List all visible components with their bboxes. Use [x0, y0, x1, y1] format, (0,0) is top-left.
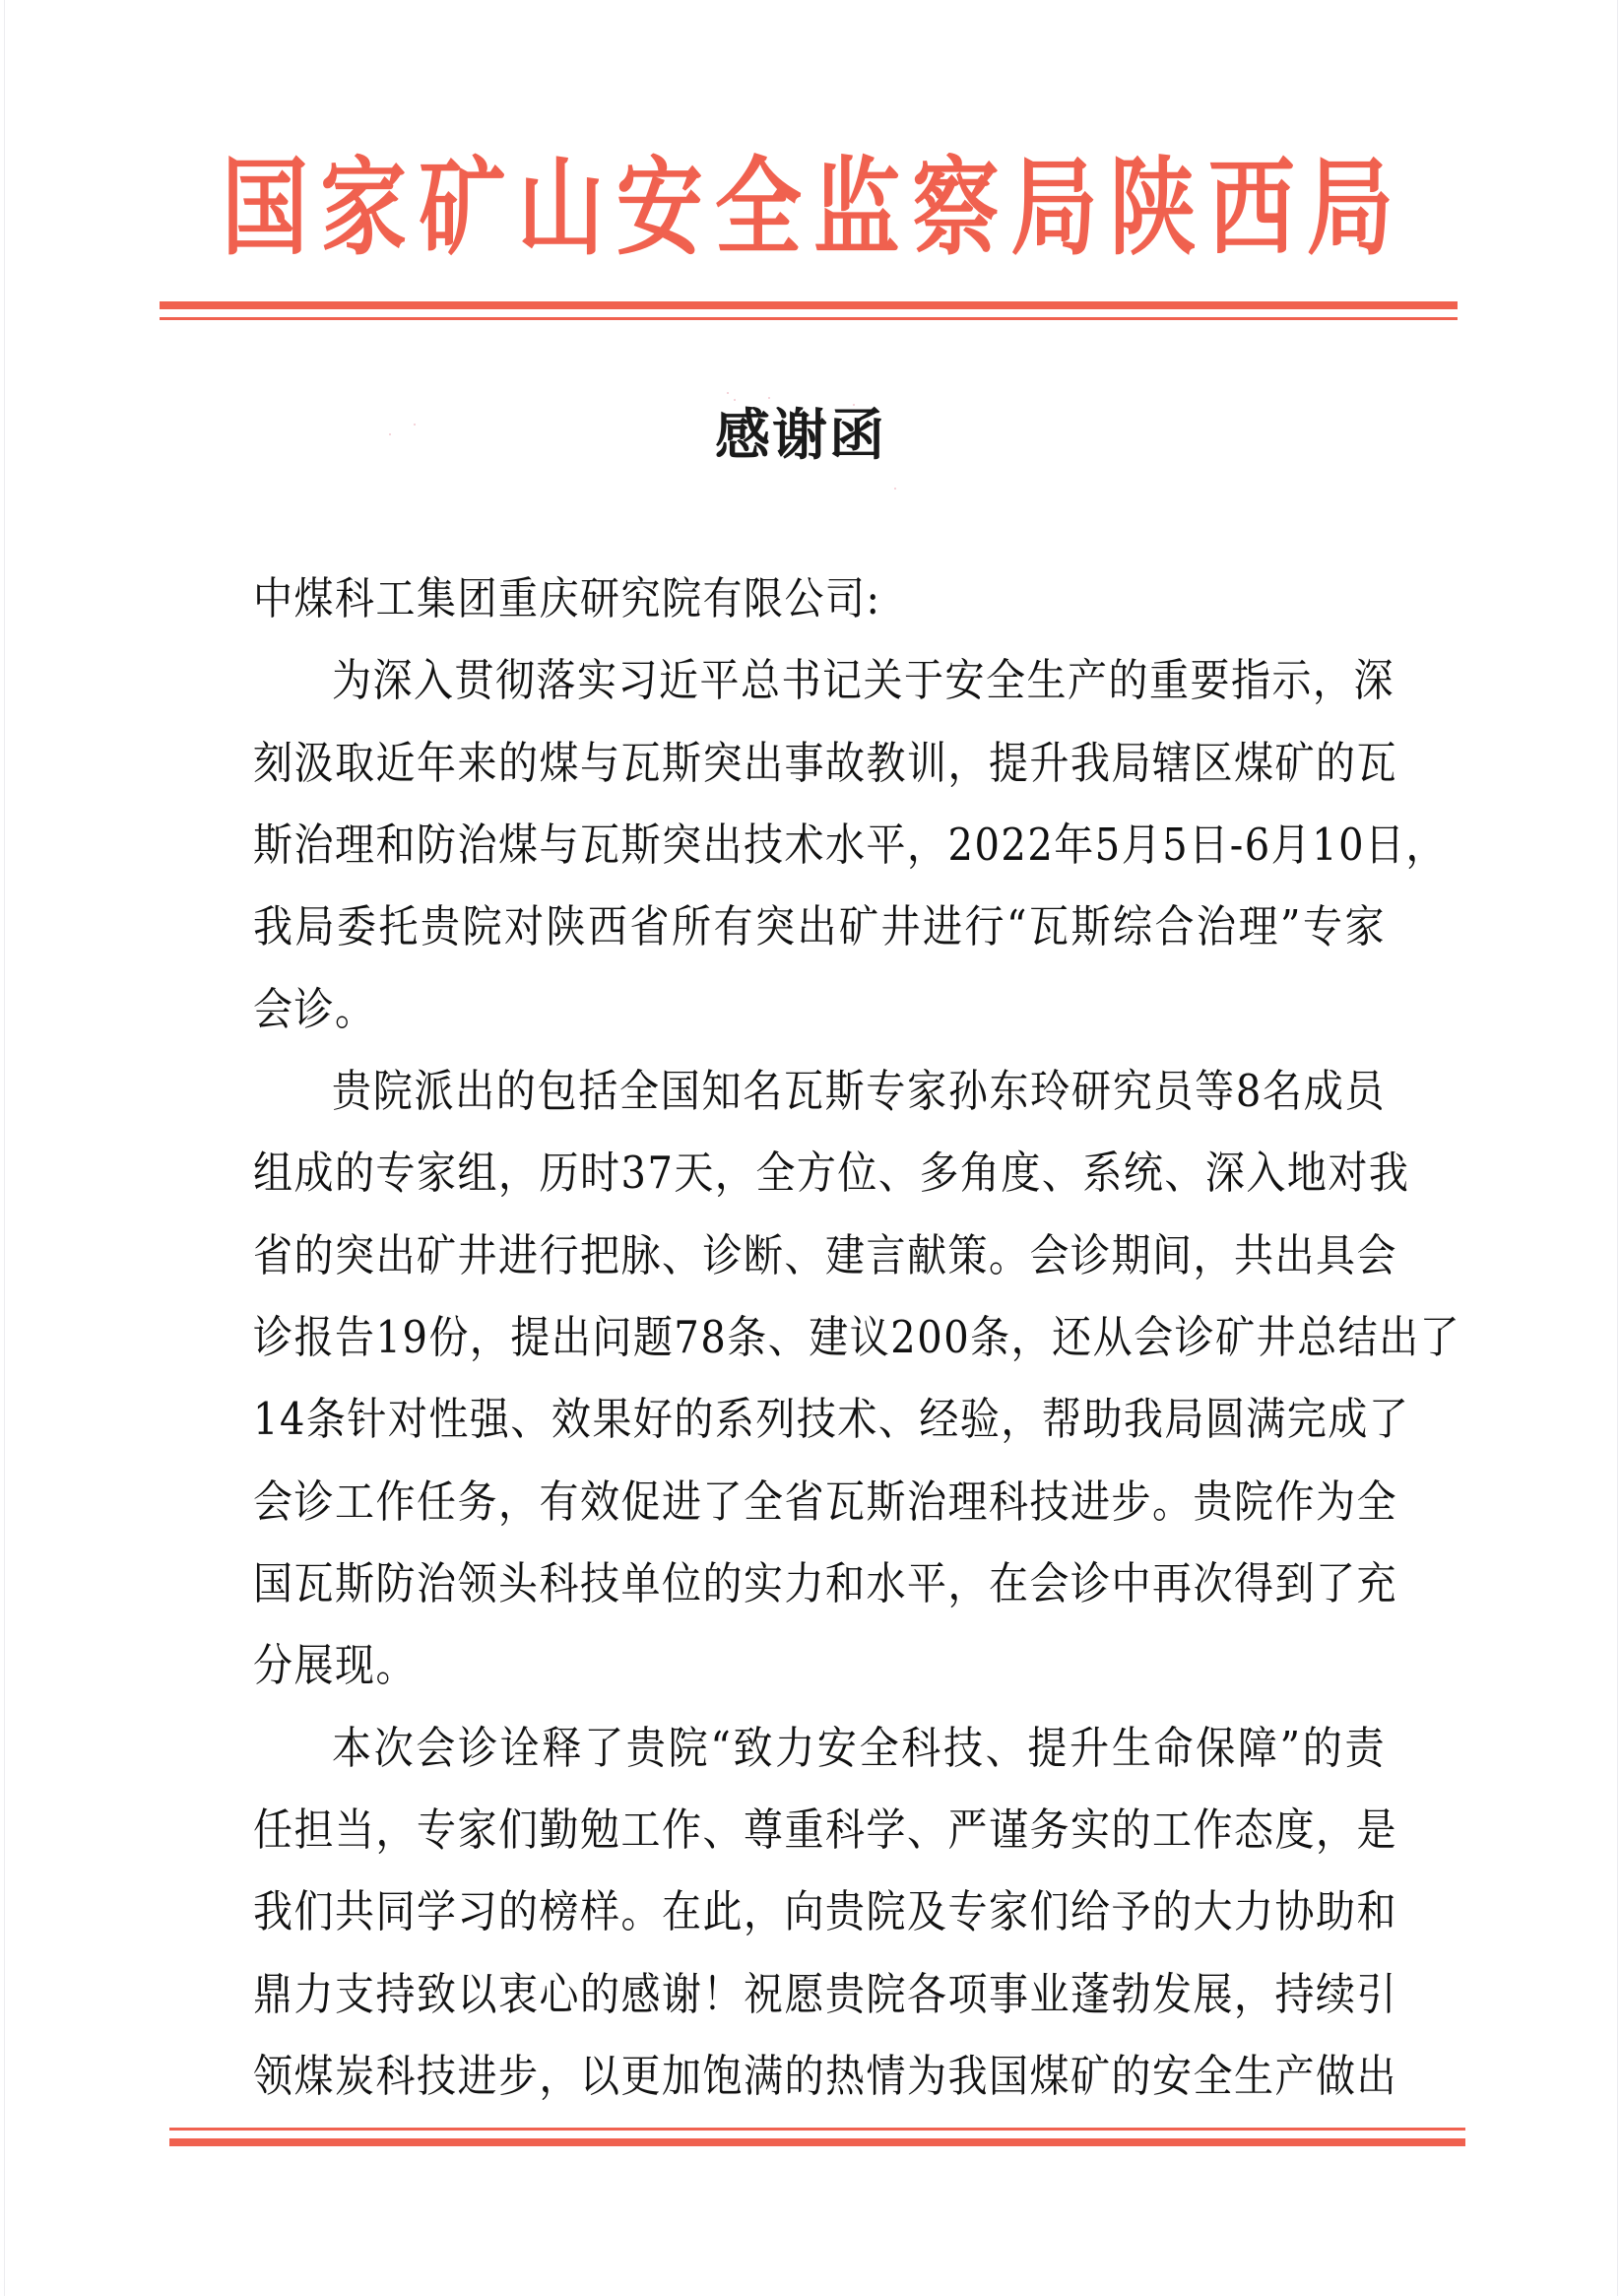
body-line: 我局委托贵院对陕西省所有突出矿井进行“瓦斯综合治理”专家: [253, 896, 1386, 958]
bottom-rule-thick: [169, 2138, 1465, 2146]
body-line: 斯治理和防治煤与瓦斯突出技术水平，2022年5月5日-6月10日，: [253, 815, 1386, 877]
masthead-char: 矿: [419, 135, 505, 279]
bottom-rule-thin: [169, 2128, 1465, 2131]
body-line: 省的突出矿井进行把脉、诊断、建言献策。会诊期间，共出具会: [253, 1225, 1386, 1287]
body-line: 分展现。: [253, 1635, 1386, 1697]
body-line: 14条针对性强、效果好的系列技术、经验，帮助我局圆满完成了: [253, 1389, 1386, 1451]
salutation: 中煤科工集团重庆研究院有限公司:: [253, 568, 1386, 630]
body-line: 任担当，专家们勤勉工作、尊重科学、严谨务实的工作态度，是: [253, 1800, 1386, 1862]
top-rule-thick: [160, 301, 1458, 309]
masthead-char: 家: [320, 135, 407, 279]
body-line: 为深入贯彻落实习近平总书记关于安全生产的重要指示，深: [332, 650, 1386, 712]
body-line: 刻汲取近年来的煤与瓦斯突出事故教训，提升我局辖区煤矿的瓦: [253, 733, 1386, 795]
masthead-char: 安: [616, 135, 703, 279]
body-line: 鼎力支持致以衷心的感谢！祝愿贵院各项事业蓬勃发展，持续引: [253, 1964, 1386, 2026]
stamp-speckle: [727, 392, 729, 394]
stamp-speckle: [414, 424, 416, 426]
masthead-char: 陕: [1110, 135, 1197, 279]
masthead-char: 国: [222, 135, 308, 279]
masthead-org-name: 国 家 矿 山 安 全 监 察 局 陕 西 局: [222, 148, 1394, 266]
body-line: 会诊工作任务，有效促进了全省瓦斯治理科技进步。贵院作为全: [253, 1472, 1386, 1534]
top-rule-thin: [160, 317, 1458, 320]
masthead-char: 山: [518, 135, 605, 279]
body-line: 诊报告19份，提出问题78条、建议200条，还从会诊矿井总结出了: [253, 1307, 1386, 1369]
stamp-speckle: [389, 433, 391, 435]
body-line: 领煤炭科技进步，以更加饱满的热情为我国煤矿的安全生产做出: [253, 2046, 1386, 2108]
body-line: 本次会诊诠释了贵院“致力安全科技、提升生命保障”的责: [332, 1718, 1386, 1780]
masthead-char: 监: [813, 135, 900, 279]
masthead-char: 全: [715, 135, 802, 279]
body-line: 我们共同学习的榜样。在此，向贵院及专家们给予的大力协助和: [253, 1881, 1386, 1943]
masthead-char: 西: [1208, 135, 1295, 279]
stamp-speckle: [894, 488, 896, 490]
masthead-char: 察: [912, 135, 999, 279]
body-line: 贵院派出的包括全国知名瓦斯专家孙东玲研究员等8名成员: [332, 1061, 1386, 1123]
body-line: 会诊。: [253, 979, 1386, 1041]
page-edge-left: [4, 0, 5, 2296]
letter-page: 国 家 矿 山 安 全 监 察 局 陕 西 局 感谢函 中煤科工集团重庆研究院有…: [0, 0, 1621, 2296]
document-title: 感谢函: [715, 398, 904, 473]
masthead-char: 局: [1307, 135, 1394, 279]
masthead-char: 局: [1010, 135, 1097, 279]
page-edge-right: [1617, 0, 1618, 2296]
body-line: 组成的专家组，历时37天，全方位、多角度、系统、深入地对我: [253, 1143, 1386, 1205]
body-line: 国瓦斯防治领头科技单位的实力和水平，在会诊中再次得到了充: [253, 1553, 1386, 1615]
